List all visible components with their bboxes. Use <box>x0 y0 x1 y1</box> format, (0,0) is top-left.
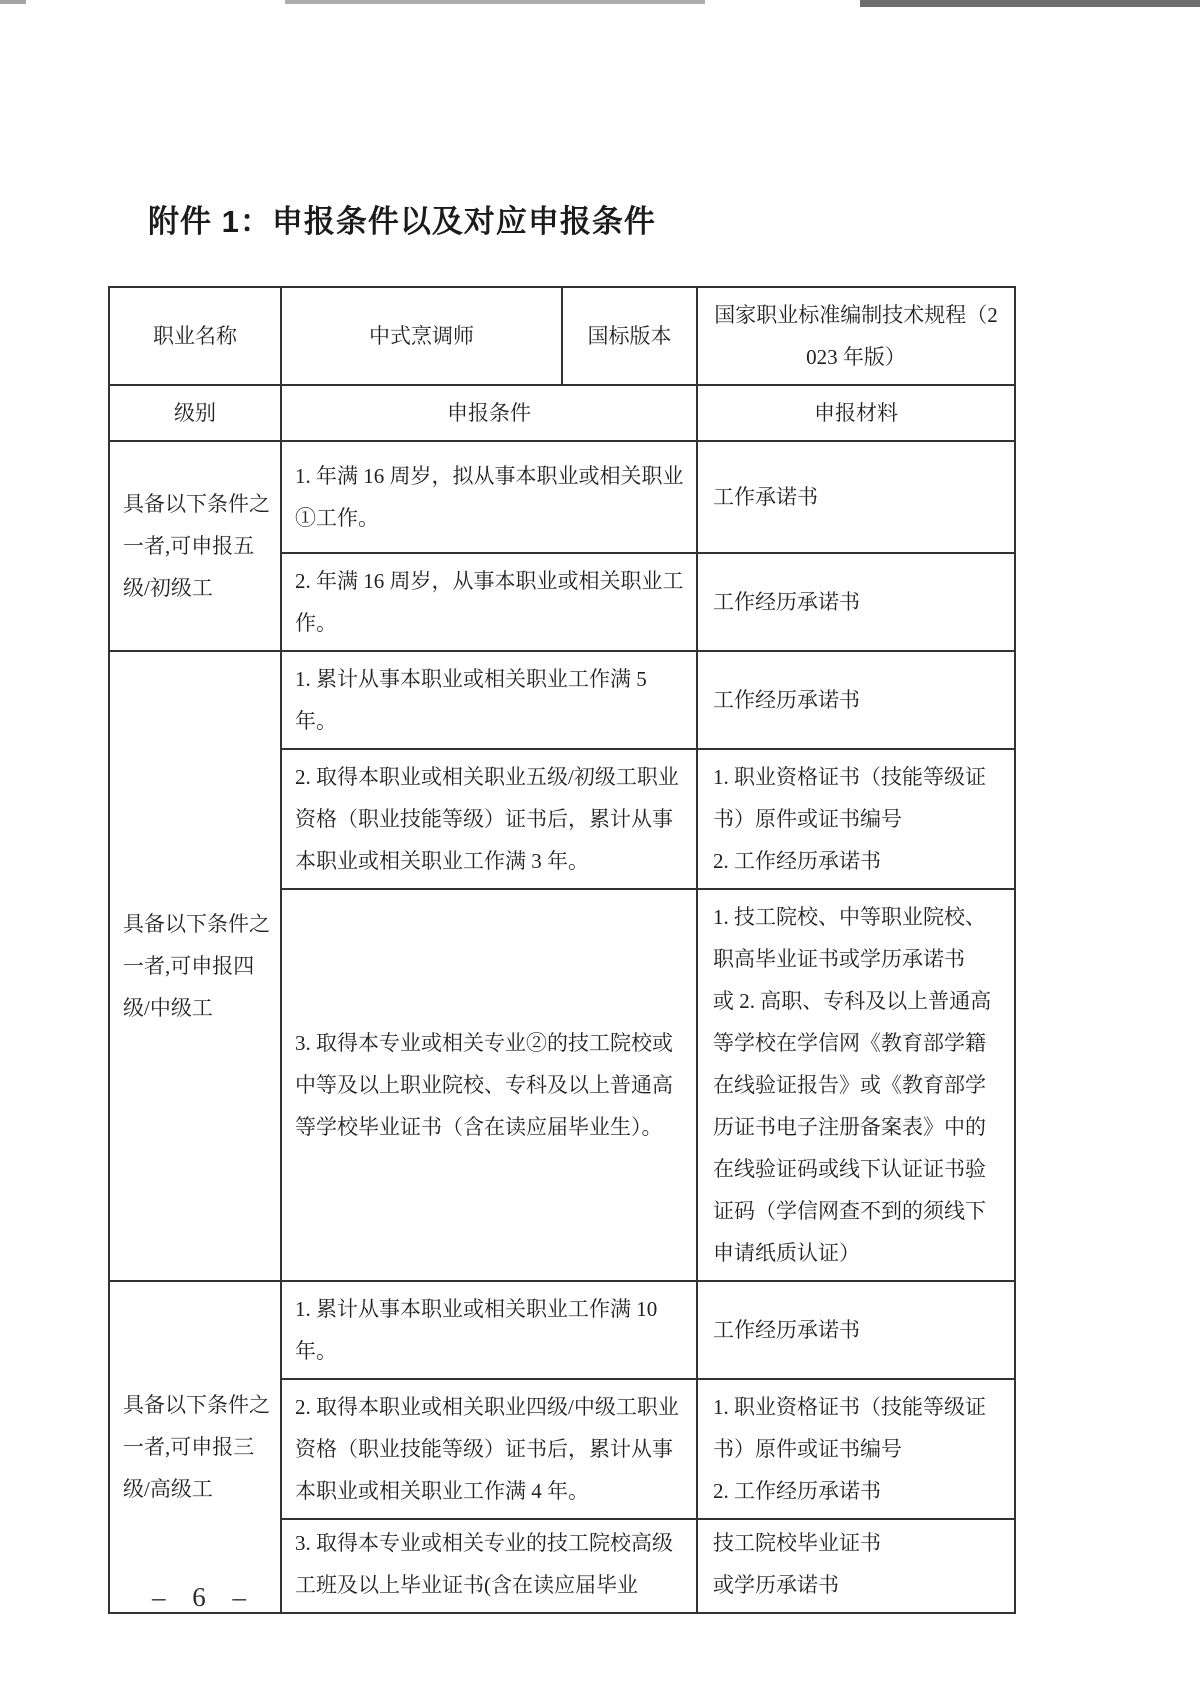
material-cell: 1. 技工院校、中等职业院校、职高毕业证书或学历承诺书 或 2. 高职、专科及以… <box>697 889 1015 1281</box>
level-cell-grade4: 具备以下条件之一者,可申报四级/中级工 <box>109 651 281 1281</box>
level-cell-grade3: 具备以下条件之一者,可申报三级/高级工 <box>109 1281 281 1613</box>
level-cell-grade5: 具备以下条件之一者,可申报五级/初级工 <box>109 441 281 651</box>
materials-header-cell: 申报材料 <box>697 385 1015 441</box>
material-cell: 1. 职业资格证书（技能等级证书）原件或证书编号 2. 工作经历承诺书 <box>697 749 1015 889</box>
level-header-cell: 级别 <box>109 385 281 441</box>
condition-cell: 2. 年满 16 周岁，从事本职业或相关职业工作。 <box>281 553 697 651</box>
table-row: 具备以下条件之一者,可申报五级/初级工 1. 年满 16 周岁，拟从事本职业或相… <box>109 441 1015 553</box>
material-cell: 工作经历承诺书 <box>697 1281 1015 1379</box>
application-conditions-table: 职业名称 中式烹调师 国标版本 国家职业标准编制技术规程（2023 年版） 级别… <box>108 286 1016 1614</box>
table-header-row-1: 职业名称 中式烹调师 国标版本 国家职业标准编制技术规程（2023 年版） <box>109 287 1015 385</box>
condition-cell: 1. 累计从事本职业或相关职业工作满 5 年。 <box>281 651 697 749</box>
scan-artifact-top-middle <box>285 0 705 4</box>
scan-artifact-top-left <box>0 0 26 4</box>
occupation-name-label-cell: 职业名称 <box>109 287 281 385</box>
document-page: 附件 1：申报条件以及对应申报条件 职业名称 中式烹调师 国标版本 国家职业标准… <box>0 0 1200 1697</box>
condition-cell: 3. 取得本专业或相关专业②的技工院校或中等及以上职业院校、专科及以上普通高等学… <box>281 889 697 1281</box>
national-standard-label-cell: 国标版本 <box>562 287 697 385</box>
condition-cell: 1. 年满 16 周岁，拟从事本职业或相关职业①工作。 <box>281 441 697 553</box>
condition-cell: 3. 取得本专业或相关专业的技工院校高级工班及以上毕业证书(含在读应届毕业 <box>281 1519 697 1613</box>
page-number: – 6 – <box>152 1582 256 1613</box>
scan-artifact-top-right <box>860 0 1200 7</box>
condition-cell: 2. 取得本职业或相关职业四级/中级工职业资格（职业技能等级）证书后，累计从事本… <box>281 1379 697 1519</box>
material-cell: 工作承诺书 <box>697 441 1015 553</box>
page-title: 附件 1：申报条件以及对应申报条件 <box>148 196 656 241</box>
material-cell: 技工院校毕业证书 或学历承诺书 <box>697 1519 1015 1613</box>
condition-cell: 2. 取得本职业或相关职业五级/初级工职业资格（职业技能等级）证书后，累计从事本… <box>281 749 697 889</box>
table-row: 具备以下条件之一者,可申报三级/高级工 1. 累计从事本职业或相关职业工作满 1… <box>109 1281 1015 1379</box>
conditions-header-cell: 申报条件 <box>281 385 697 441</box>
condition-cell: 1. 累计从事本职业或相关职业工作满 10 年。 <box>281 1281 697 1379</box>
table-row: 具备以下条件之一者,可申报四级/中级工 1. 累计从事本职业或相关职业工作满 5… <box>109 651 1015 749</box>
material-cell: 工作经历承诺书 <box>697 553 1015 651</box>
table-header-row-2: 级别 申报条件 申报材料 <box>109 385 1015 441</box>
national-standard-value-cell: 国家职业标准编制技术规程（2023 年版） <box>697 287 1015 385</box>
material-cell: 工作经历承诺书 <box>697 651 1015 749</box>
material-cell: 1. 职业资格证书（技能等级证书）原件或证书编号 2. 工作经历承诺书 <box>697 1379 1015 1519</box>
occupation-name-value-cell: 中式烹调师 <box>281 287 562 385</box>
